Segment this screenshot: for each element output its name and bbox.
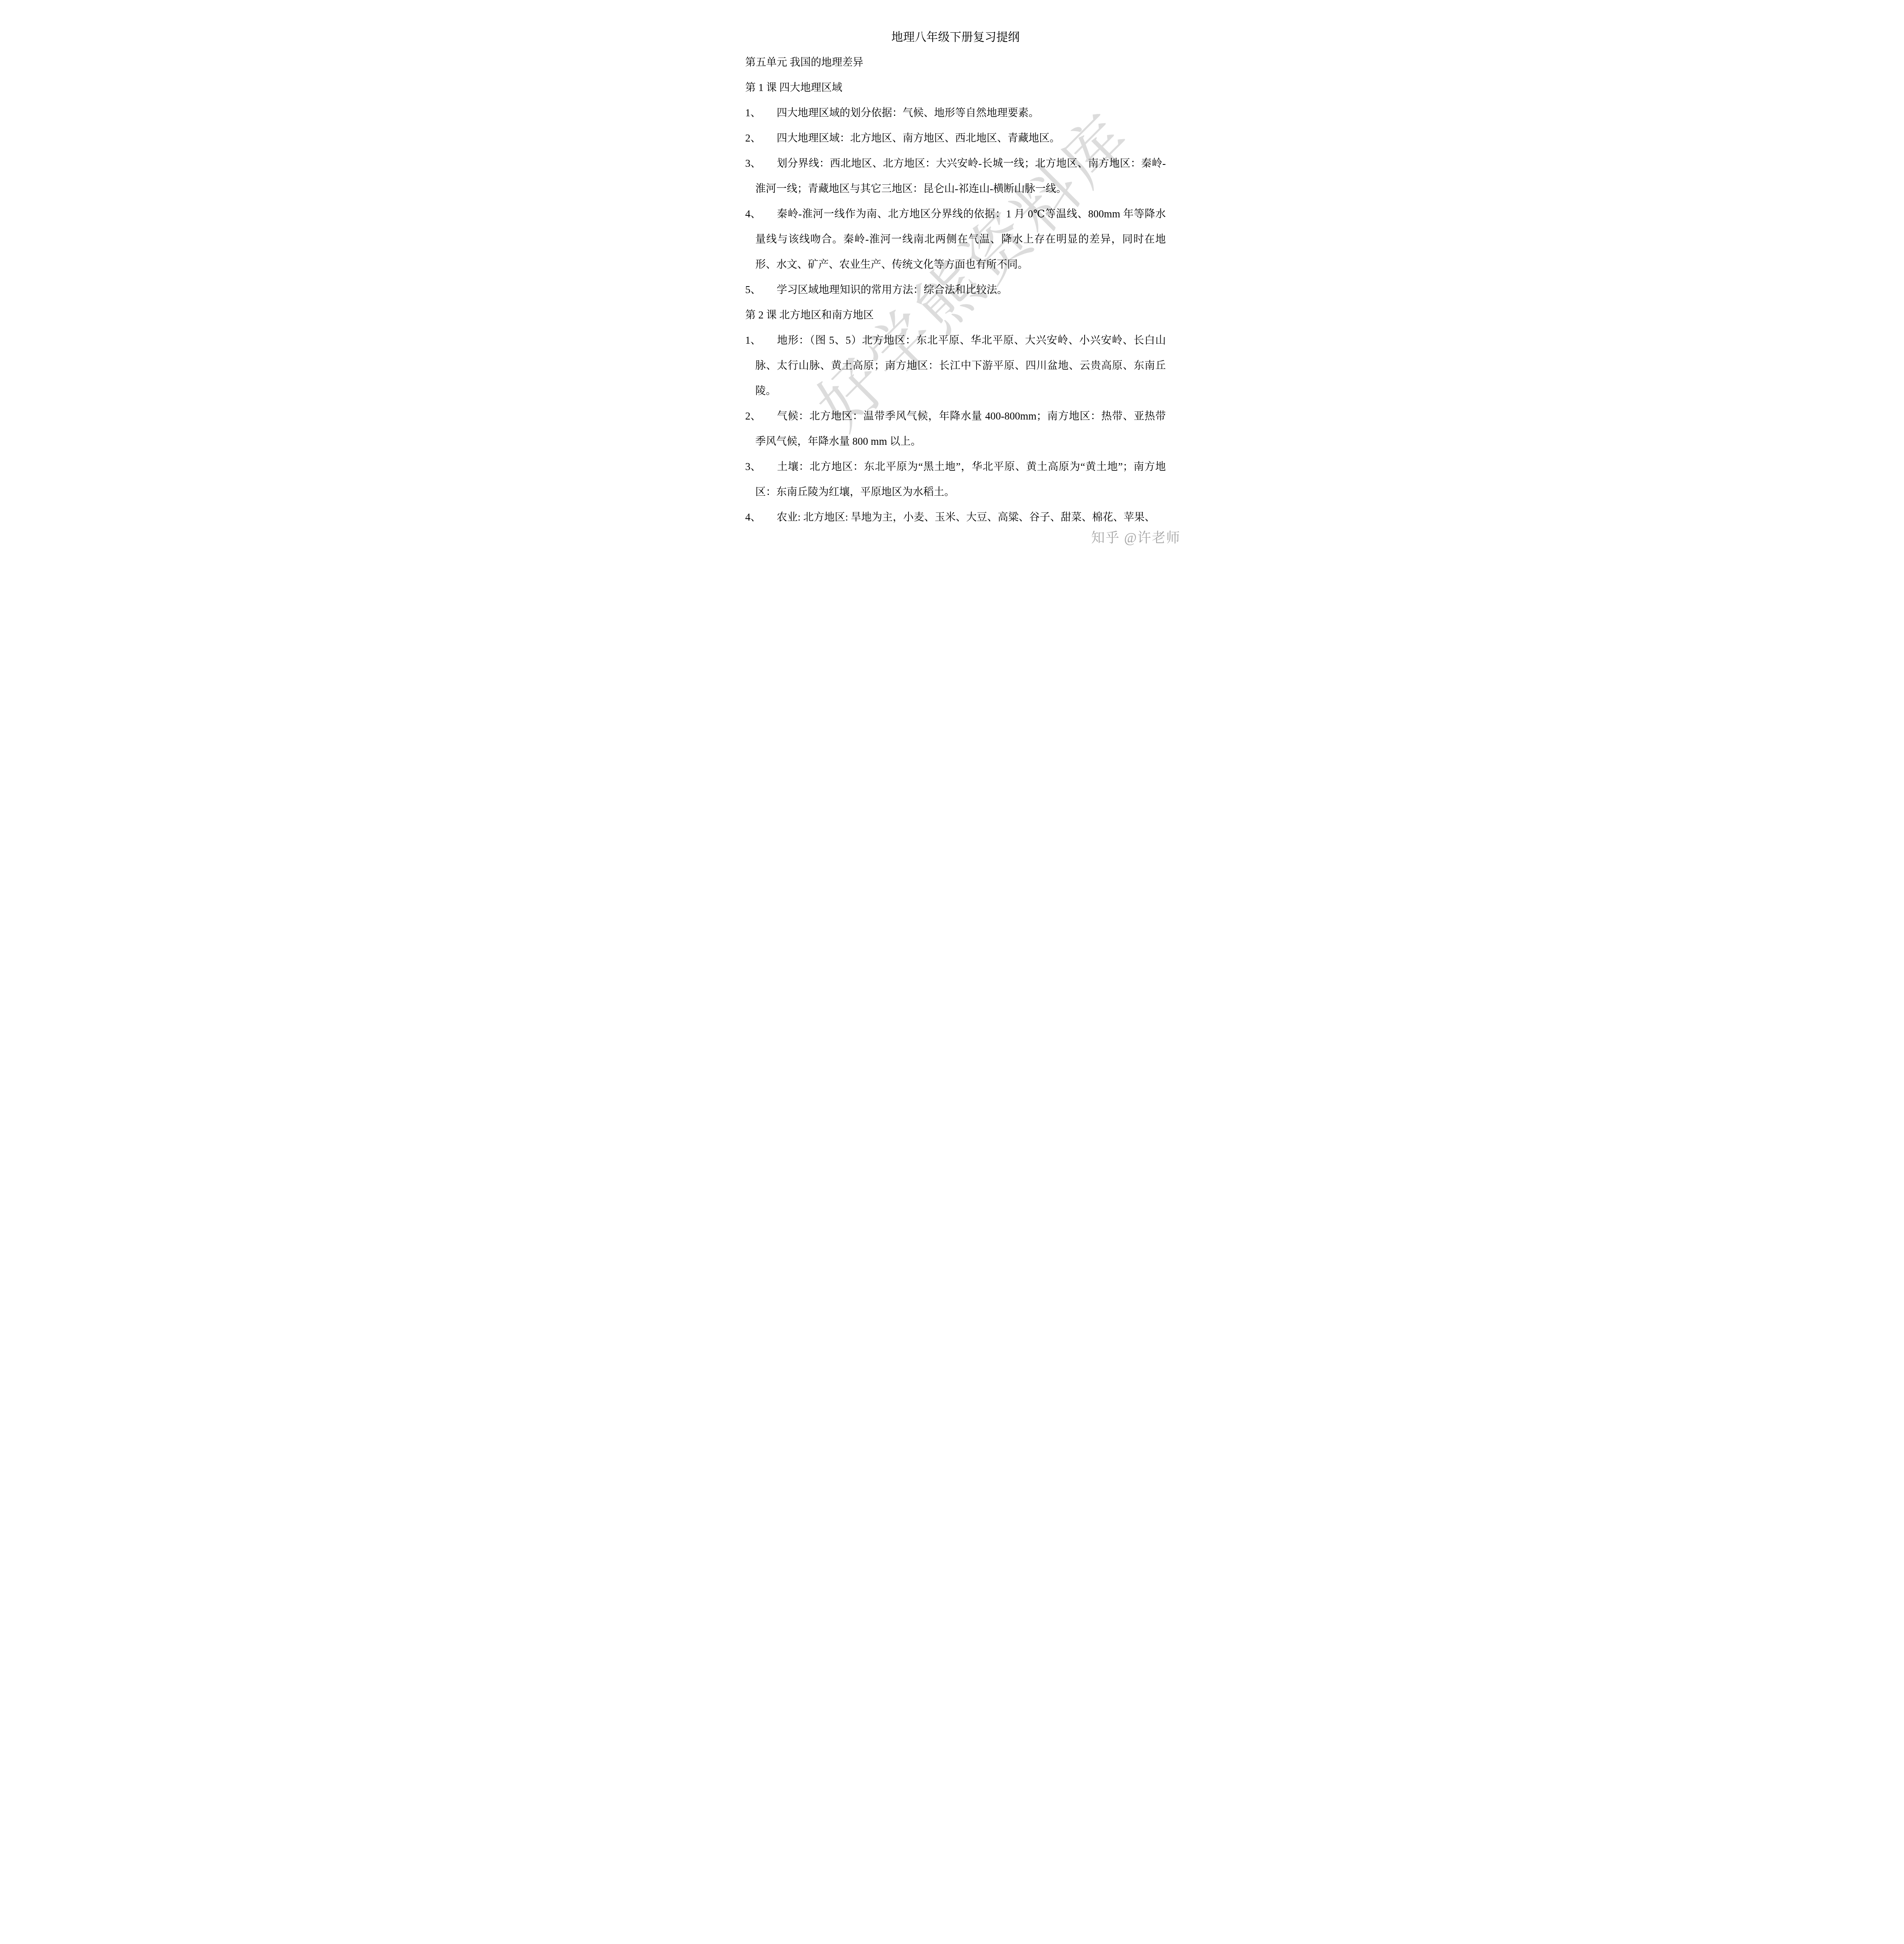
zhihu-author-watermark: 知乎 @许老师 <box>1091 527 1181 547</box>
section-heading-lesson1: 第 1 课 四大地理区域 <box>745 75 1166 100</box>
list-item-text: 四大地理区域的划分依据：气候、地形等自然地理要素。 <box>777 107 1039 119</box>
list-item-text: 土壤：北方地区：东北平原为“黑土地”，华北平原、黄土高原为“黄土地”；南方地区：… <box>755 461 1166 498</box>
list-item-text: 学习区域地理知识的常用方法：综合法和比较法。 <box>777 284 1008 295</box>
list-item-number: 1、 <box>745 328 777 353</box>
list-item-text: 四大地理区域：北方地区、南方地区、西北地区、青藏地区。 <box>777 132 1060 144</box>
list-item-number: 4、 <box>745 505 777 530</box>
list-item: 1、四大地理区域的划分依据：气候、地形等自然地理要素。 <box>745 100 1166 126</box>
list-item-number: 2、 <box>745 126 777 151</box>
list-item-text: 气候：北方地区：温带季风气候，年降水量 400-800mm；南方地区：热带、亚热… <box>755 410 1166 447</box>
page-title: 地理八年级下册复习提纲 <box>745 24 1166 50</box>
list-item-number: 2、 <box>745 404 777 429</box>
section-heading-lesson2: 第 2 课 北方地区和南方地区 <box>745 302 1166 328</box>
list-item: 3、划分界线：西北地区、北方地区：大兴安岭-长城一线；北方地区、南方地区：秦岭-… <box>745 151 1166 201</box>
document-page: 好学熊资料库 地理八年级下册复习提纲 第五单元 我国的地理差异 第 1 课 四大… <box>714 0 1190 556</box>
list-item: 4、秦岭-淮河一线作为南、北方地区分界线的依据：1 月 0℃等温线、800mm … <box>745 201 1166 277</box>
list-item: 4、农业: 北方地区: 旱地为主，小麦、玉米、大豆、高粱、谷子、甜菜、棉花、苹果… <box>745 505 1166 530</box>
list-item: 5、学习区域地理知识的常用方法：综合法和比较法。 <box>745 277 1166 302</box>
document-content: 地理八年级下册复习提纲 第五单元 我国的地理差异 第 1 课 四大地理区域 1、… <box>714 0 1190 530</box>
list-item-number: 3、 <box>745 151 777 176</box>
list-item-number: 1、 <box>745 100 777 126</box>
list-item-number: 3、 <box>745 454 777 479</box>
list-item: 3、土壤：北方地区：东北平原为“黑土地”，华北平原、黄土高原为“黄土地”；南方地… <box>745 454 1166 505</box>
list-item-number: 5、 <box>745 277 777 302</box>
list-item-text: 划分界线：西北地区、北方地区：大兴安岭-长城一线；北方地区、南方地区：秦岭-淮河… <box>755 157 1166 194</box>
section-heading-unit5: 第五单元 我国的地理差异 <box>745 50 1166 75</box>
list-item-text: 秦岭-淮河一线作为南、北方地区分界线的依据：1 月 0℃等温线、800mm 年等… <box>755 208 1166 270</box>
list-item: 1、地形：（图 5、5）北方地区：东北平原、华北平原、大兴安岭、小兴安岭、长白山… <box>745 328 1166 404</box>
list-item-number: 4、 <box>745 201 777 227</box>
list-item: 2、气候：北方地区：温带季风气候，年降水量 400-800mm；南方地区：热带、… <box>745 404 1166 454</box>
list-item-text: 地形：（图 5、5）北方地区：东北平原、华北平原、大兴安岭、小兴安岭、长白山脉、… <box>755 334 1166 397</box>
list-item: 2、四大地理区域：北方地区、南方地区、西北地区、青藏地区。 <box>745 126 1166 151</box>
list-item-text: 农业: 北方地区: 旱地为主，小麦、玉米、大豆、高粱、谷子、甜菜、棉花、苹果、 <box>777 511 1155 523</box>
